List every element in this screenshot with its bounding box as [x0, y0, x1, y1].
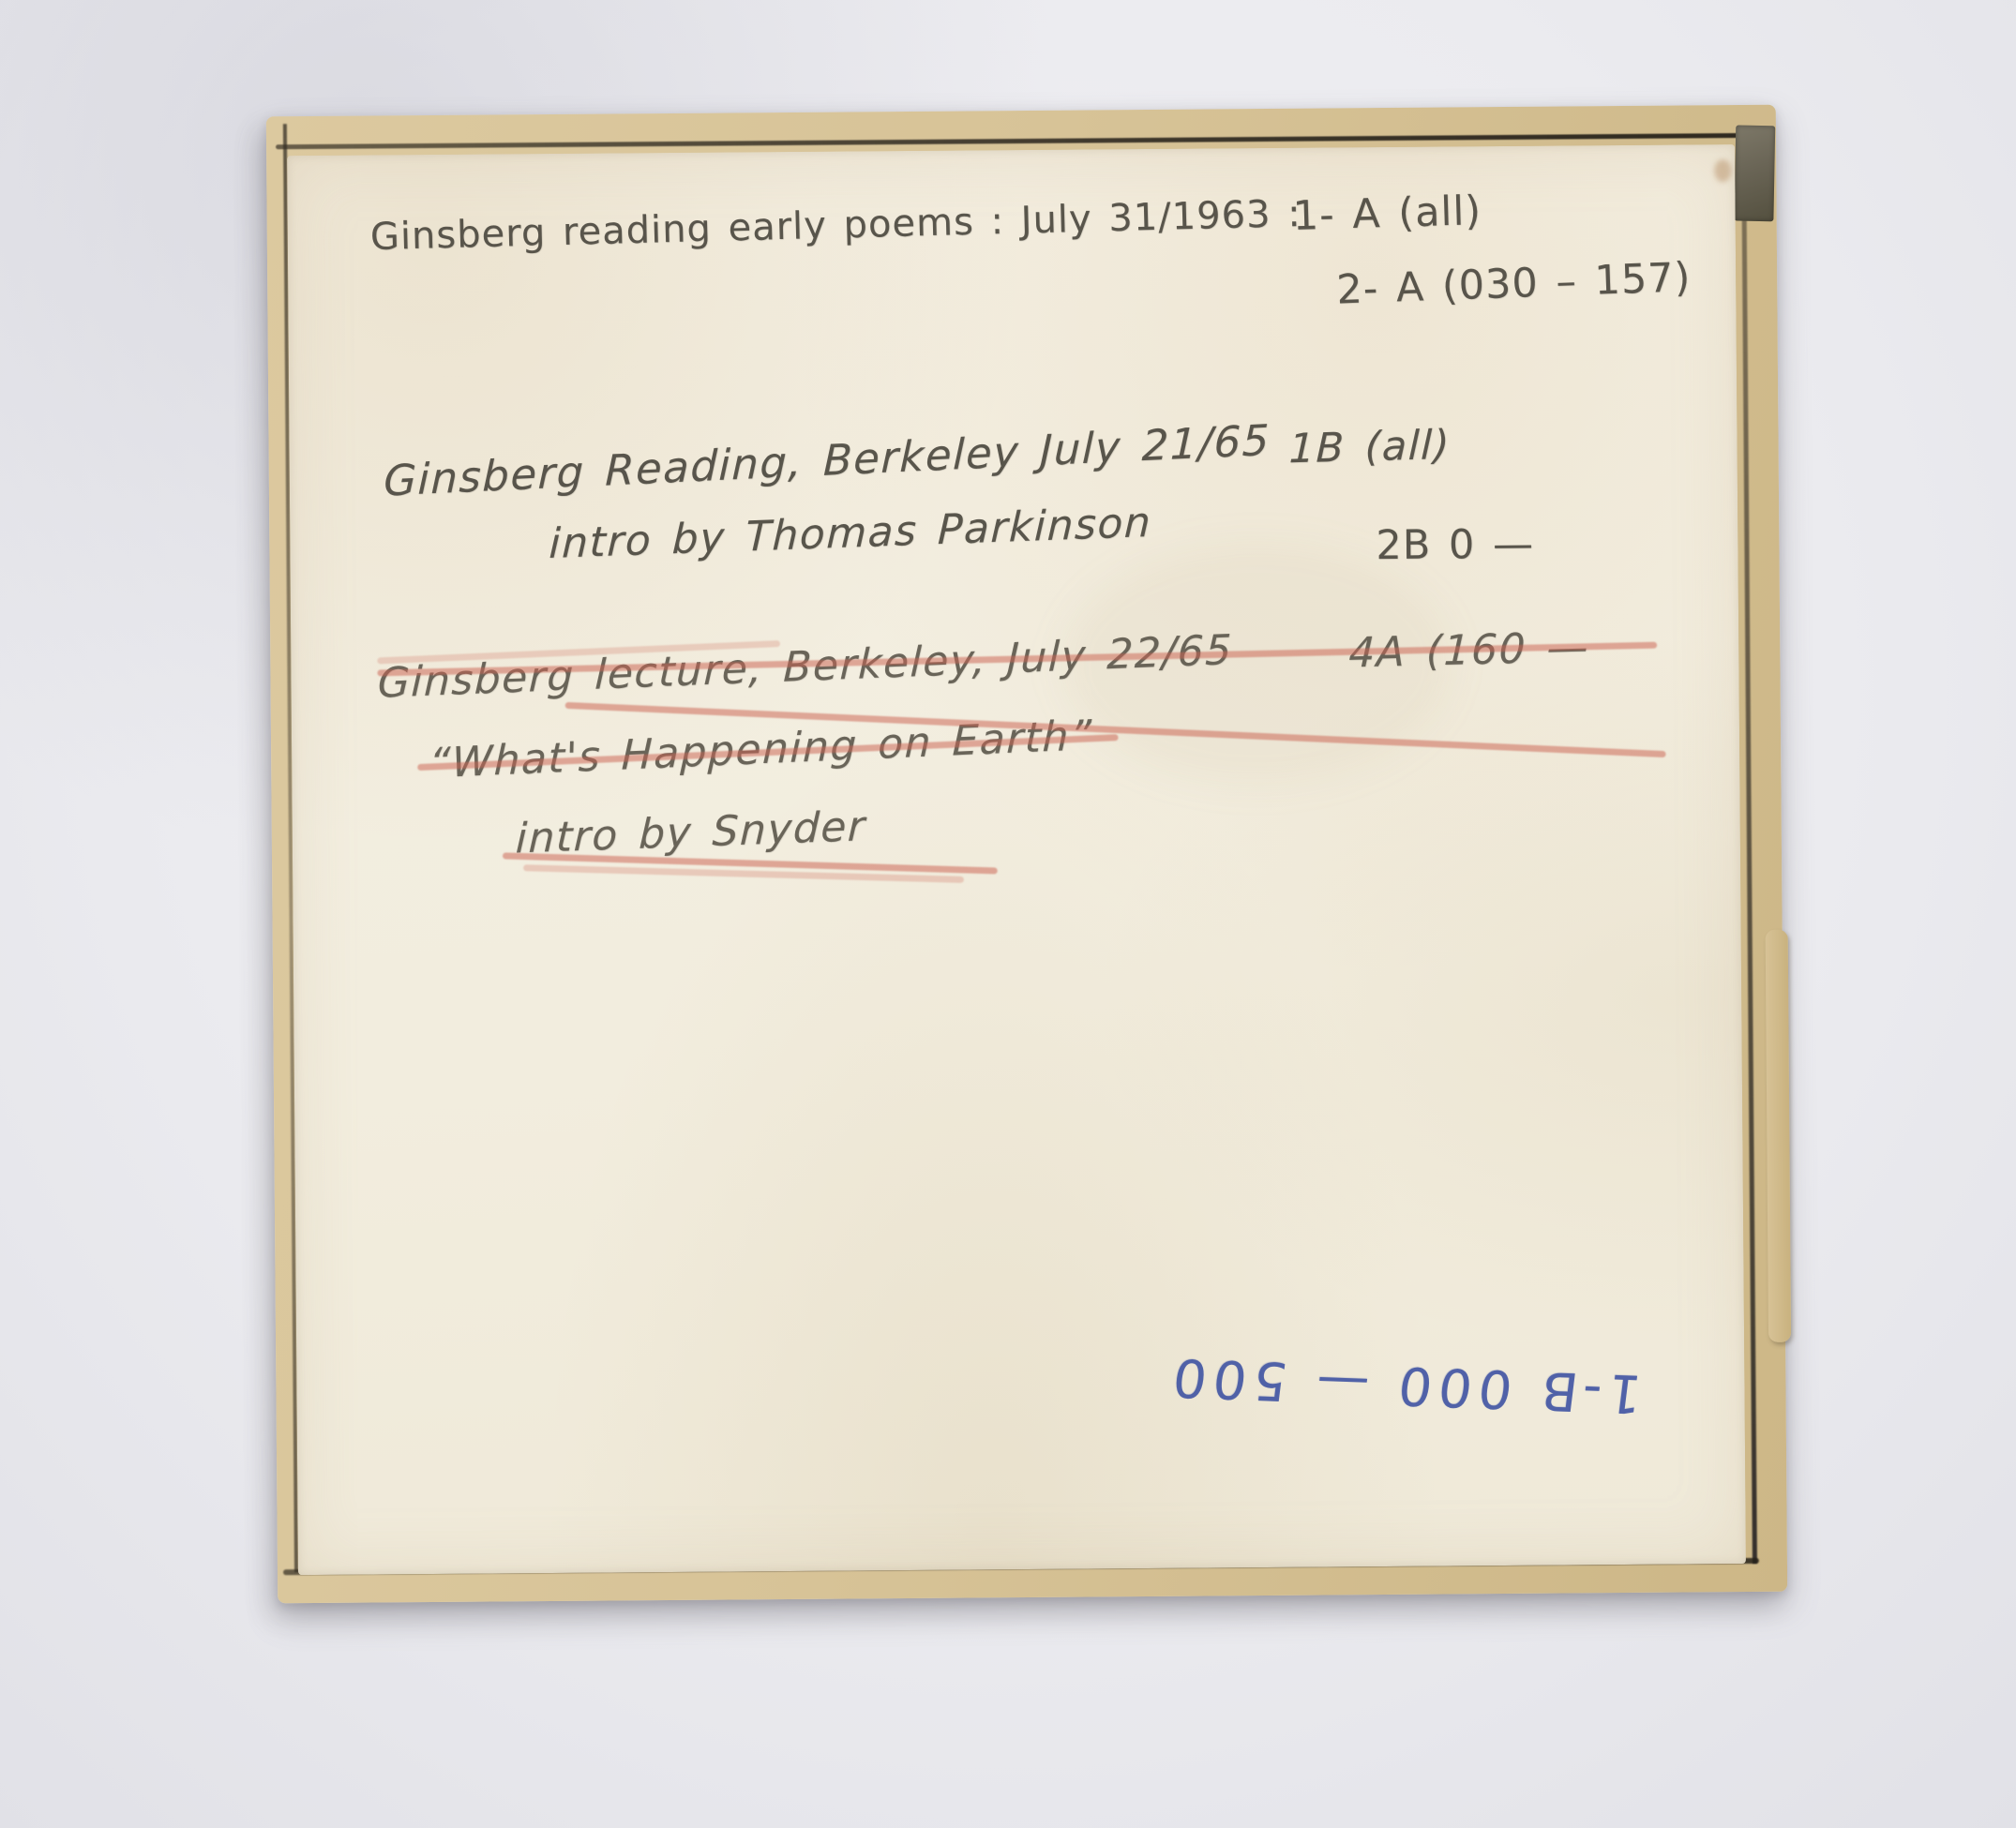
box-lid-face: Ginsberg reading early poems : July 31/1…: [287, 144, 1746, 1575]
tape-remnant: [1734, 126, 1775, 222]
annotation-entry1-text: Ginsberg reading early poems : July 31/1…: [369, 192, 1301, 259]
annotation-entry2-text: Ginsberg Reading, Berkeley July 21/65: [384, 415, 1271, 506]
tape-box: Ginsberg reading early poems : July 31/1…: [266, 105, 1787, 1604]
annotation-entry2-line2: intro by Thomas Parkinson: [549, 499, 1152, 568]
stain-mark: [1714, 159, 1731, 182]
blue-ink-note: 1-B 000 — 500: [1164, 1346, 1646, 1424]
annotation-entry1-ref1: 1- A (all): [1292, 187, 1482, 240]
annotation-entry1-ref2: 2- A (030 – 157): [1335, 254, 1692, 313]
photo-backdrop: Ginsberg reading early poems : July 31/1…: [0, 0, 2016, 1828]
box-base-edge-bulge: [1766, 930, 1791, 1342]
annotation-entry2-ref1: 1B (all): [1288, 422, 1452, 472]
annotation-entry2-ref2: 2B 0 —: [1376, 521, 1534, 569]
